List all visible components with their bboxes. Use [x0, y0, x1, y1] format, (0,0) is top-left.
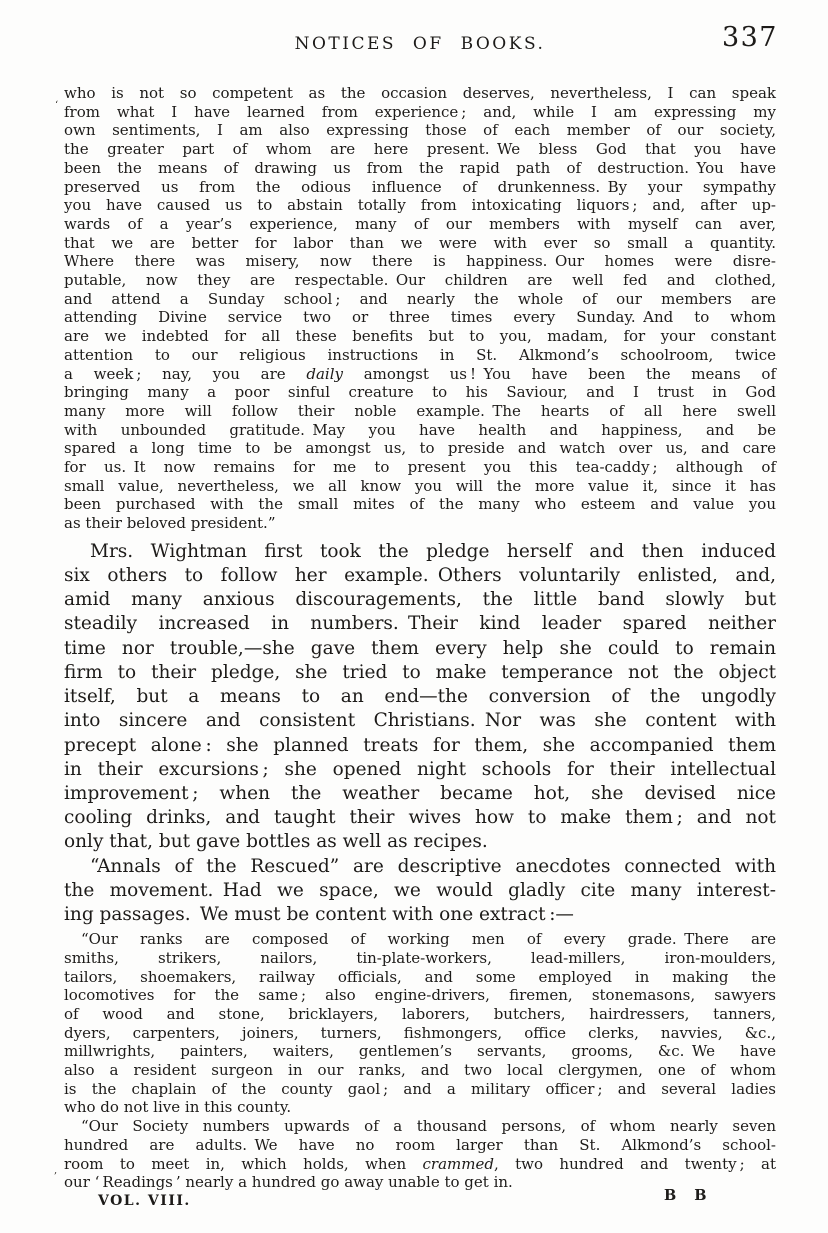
- text-line: been purchased with the small mites of t…: [64, 495, 776, 514]
- text-line: bringing many a poor sinful creature to …: [64, 383, 776, 402]
- text-line: amid many anxious discouragements, the l…: [64, 588, 776, 612]
- text-line: you have caused us to abstain totally fr…: [64, 196, 776, 215]
- text-line: own sentiments, I am also expressing tho…: [64, 121, 776, 140]
- text-line: locomotives for the same ; also engine-d…: [64, 986, 776, 1005]
- text-line: six others to follow her example. Others…: [64, 564, 776, 588]
- text-line: the movement. Had we space, we would gla…: [64, 879, 776, 903]
- text-line: time nor trouble,—she gave them every he…: [64, 637, 776, 661]
- text-block: “Our ranks are composed of working men o…: [64, 930, 776, 1117]
- text-line: with unbounded gratitude. May you have h…: [64, 421, 776, 440]
- text-line: who is not so competent as the occasion …: [64, 84, 776, 103]
- signature-mark: B B: [664, 1187, 707, 1204]
- text-block: Mrs. Wightman first took the pledge hers…: [64, 540, 776, 855]
- text-line: only that, but gave bottles as well as r…: [64, 830, 776, 854]
- text-line: precept alone : she planned treats for t…: [64, 734, 776, 758]
- text-line: improvement ; when the weather became ho…: [64, 782, 776, 806]
- text-line: spared a long time to be amongst us, to …: [64, 439, 776, 458]
- text-line: from what I have learned from experience…: [64, 103, 776, 122]
- running-title: NOTICES OF BOOKS.: [64, 34, 776, 54]
- text-line: many more will follow their noble exampl…: [64, 402, 776, 421]
- text-line: as their beloved president.”: [64, 514, 776, 533]
- text-line: in their excursions ; she opened night s…: [64, 758, 776, 782]
- text-line: that we are better for labor than we wer…: [64, 234, 776, 253]
- text-line: attending Divine service two or three ti…: [64, 308, 776, 327]
- page-footer: VOL. VIII. B B: [64, 1193, 776, 1215]
- text-line: millwrights, painters, waiters, gentleme…: [64, 1042, 776, 1061]
- text-line: wards of a year’s experience, many of ou…: [64, 215, 776, 234]
- text-line: Mrs. Wightman first took the pledge hers…: [64, 540, 776, 564]
- text-line: dyers, carpenters, joiners, turners, fis…: [64, 1024, 776, 1043]
- volume-label: VOL. VIII.: [98, 1193, 191, 1209]
- text-line: attention to our religious instructions …: [64, 346, 776, 365]
- text-line: who do not live in this county.: [64, 1098, 776, 1117]
- text-line: preserved us from the odious influence o…: [64, 178, 776, 197]
- text-line: ing passages. We must be content with on…: [64, 903, 776, 927]
- text-line: “Our ranks are composed of working men o…: [64, 930, 776, 949]
- text-line: and attend a Sunday school ; and nearly …: [64, 290, 776, 309]
- scan-speck: ‘: [55, 100, 58, 111]
- text-line: of wood and stone, bricklayers, laborers…: [64, 1005, 776, 1024]
- text-block: “Our Society numbers upwards of a thousa…: [64, 1117, 776, 1192]
- text-line: also a resident surgeon in our ranks, an…: [64, 1061, 776, 1080]
- text-column: who is not so competent as the occasion …: [64, 84, 776, 1192]
- scan-speck: ,: [54, 1165, 57, 1176]
- text-line: firm to their pledge, she tried to make …: [64, 661, 776, 685]
- text-line: a week ; nay, you are daily amongst us !…: [64, 365, 776, 384]
- text-line: been the means of drawing us from the ra…: [64, 159, 776, 178]
- text-line: is the chaplain of the county gaol ; and…: [64, 1080, 776, 1099]
- text-line: smiths, strikers, nailors, tin-plate-wor…: [64, 949, 776, 968]
- text-line: steadily increased in numbers. Their kin…: [64, 612, 776, 636]
- text-line: putable, now they are respectable. Our c…: [64, 271, 776, 290]
- text-line: “Our Society numbers upwards of a thousa…: [64, 1117, 776, 1136]
- text-line: small value, nevertheless, we all know y…: [64, 477, 776, 496]
- text-line: the greater part of whom are here presen…: [64, 140, 776, 159]
- text-line: tailors, shoemakers, railway officials, …: [64, 968, 776, 987]
- text-line: itself, but a means to an end—the conver…: [64, 685, 776, 709]
- book-page: NOTICES OF BOOKS. 337 who is not so comp…: [0, 0, 828, 1233]
- text-line: Where there was misery, now there is hap…: [64, 252, 776, 271]
- text-line: for us. It now remains for me to present…: [64, 458, 776, 477]
- text-line: “Annals of the Rescued” are descriptive …: [64, 855, 776, 879]
- text-line: into sincere and consistent Christians. …: [64, 709, 776, 733]
- text-line: hundred are adults. We have no room larg…: [64, 1136, 776, 1155]
- text-line: cooling drinks, and taught their wives h…: [64, 806, 776, 830]
- text-block: who is not so competent as the occasion …: [64, 84, 776, 533]
- page-number: 337: [722, 22, 778, 53]
- text-line: room to meet in, which holds, when cramm…: [64, 1155, 776, 1174]
- text-line: are we indebted for all these benefits b…: [64, 327, 776, 346]
- text-block: “Annals of the Rescued” are descriptive …: [64, 855, 776, 928]
